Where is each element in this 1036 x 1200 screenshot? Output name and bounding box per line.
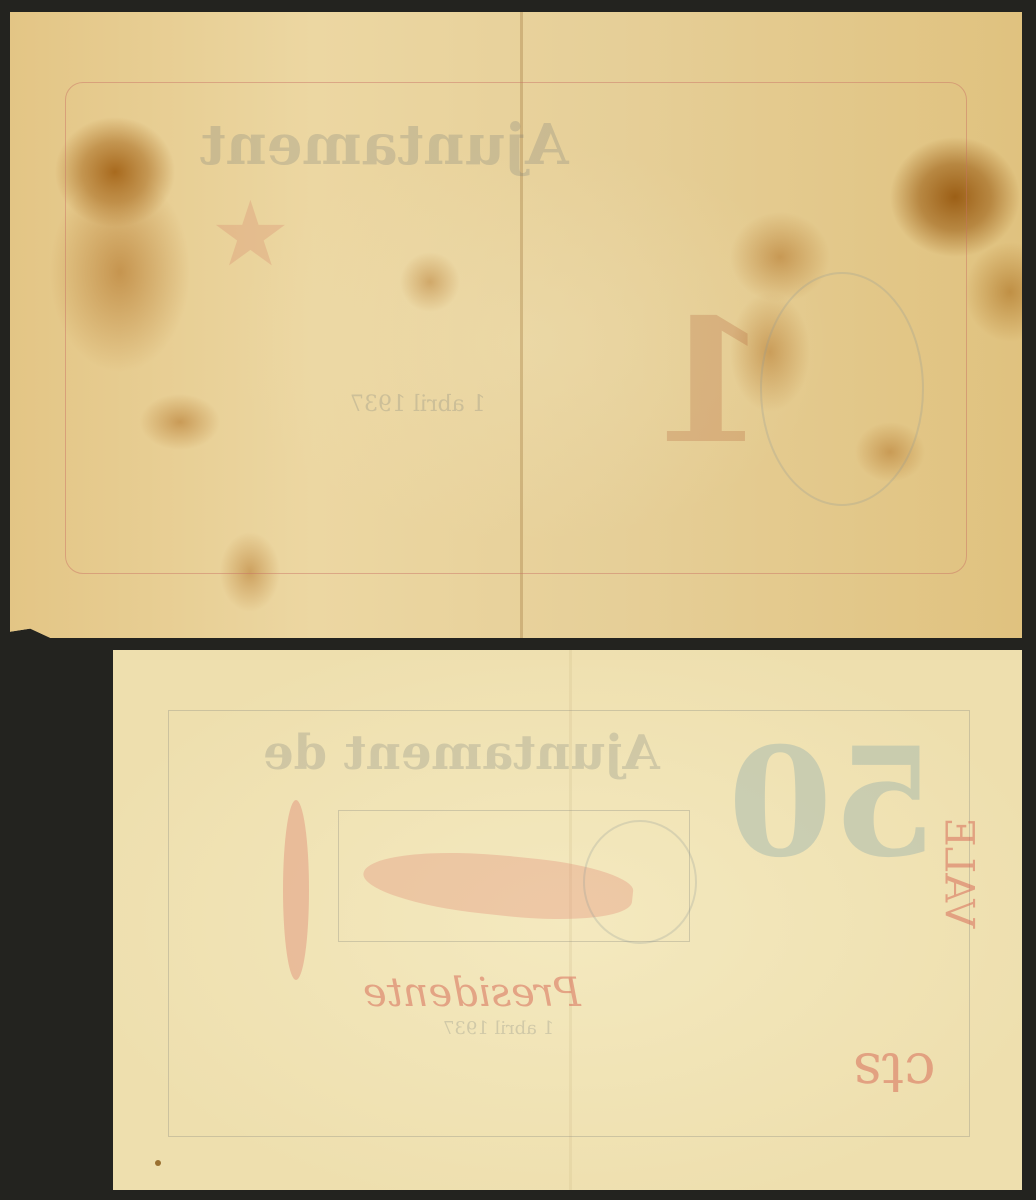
spot <box>155 1160 161 1166</box>
currency-label: cts <box>853 1040 936 1105</box>
date-text: 1 abril 1937 <box>350 392 486 417</box>
denomination: 1 <box>650 282 768 482</box>
header-text: Ajuntament de <box>263 725 660 781</box>
numeral-oval <box>760 272 924 506</box>
star-icon: ★ <box>210 182 291 287</box>
date-text: 1 abril 1937 <box>443 1018 554 1039</box>
vignette-oval <box>583 820 697 944</box>
lens-ornament <box>283 800 309 980</box>
header-text: Ajuntament <box>200 112 569 178</box>
value-label: VALE <box>935 818 981 929</box>
banknote-bottom: Ajuntament de 50 VALE cts Presidente 1 a… <box>113 650 1022 1190</box>
signature-text: Presidente <box>363 970 581 1016</box>
denomination: 50 <box>728 715 937 891</box>
banknote-top: Ajuntament ★ 1 1 abril 1937 <box>10 12 1022 638</box>
